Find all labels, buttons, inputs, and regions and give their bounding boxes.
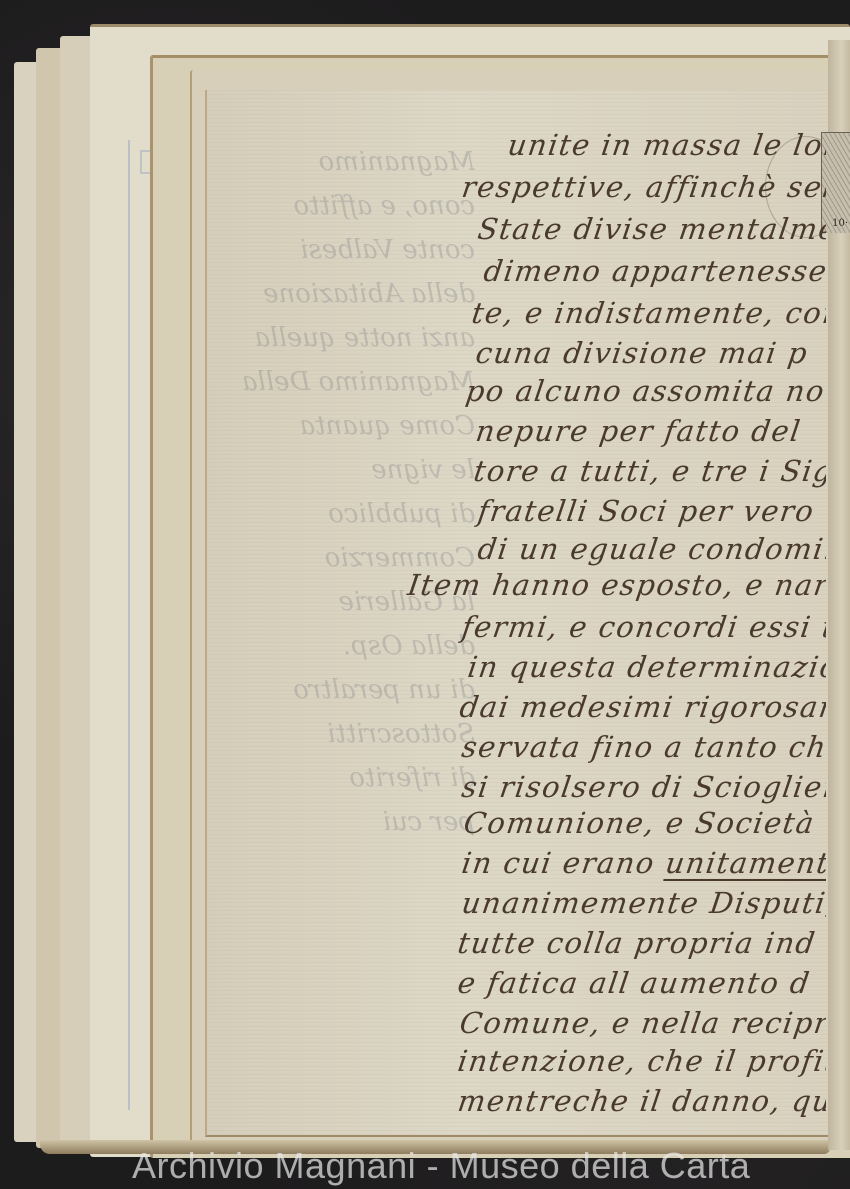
handwritten-text-block: unite in massa le loro respettive, affin… bbox=[0, 0, 826, 1189]
manuscript-line: mentreche il danno, qualunque bbox=[456, 1084, 826, 1118]
manuscript-line: unite in massa le loro bbox=[506, 128, 826, 162]
manuscript-line: nepure per fatto del bbox=[474, 414, 804, 448]
manuscript-line: respettive, affinchè sebbene bbox=[460, 170, 826, 204]
manuscript-line: si risolsero di Sciogliere bbox=[460, 770, 826, 804]
manuscript-line: te, e indistamente, come bbox=[470, 296, 826, 330]
underlined-word: unitamente bbox=[663, 846, 826, 880]
manuscript-line: Item hanno esposto, e narrato bbox=[406, 568, 826, 602]
manuscript-line: e fatica all aumento d bbox=[456, 966, 813, 1000]
manuscript-line: in questa determinazione bbox=[466, 650, 826, 684]
manuscript-line: in cui erano unitamente bbox=[460, 846, 826, 880]
manuscript-line: fratelli Soci per vero bbox=[476, 494, 817, 528]
manuscript-line: tutte colla propria ind bbox=[456, 926, 819, 960]
manuscript-line: intenzione, che il profitto bbox=[456, 1044, 826, 1078]
manuscript-line: dimeno appartenessero eg bbox=[482, 254, 826, 288]
stamp-number: 10· bbox=[832, 218, 848, 229]
manuscript-line: cuna divisione mai p bbox=[474, 336, 811, 370]
manuscript-line: Comunione, e Società un bbox=[462, 806, 826, 840]
manuscript-line: fermi, e concordi essi tre bbox=[460, 610, 826, 644]
manuscript-line: unanimemente Disputi, conta bbox=[460, 886, 826, 920]
line-text: in cui erano bbox=[460, 846, 669, 880]
manuscript-line: dai medesimi rigorosamente bbox=[458, 690, 826, 724]
manuscript-line: di un eguale condominio bbox=[476, 532, 826, 566]
manuscript-line: po alcuno assomita non bbox=[464, 374, 826, 408]
manuscript-line: servata fino a tanto che bbox=[460, 730, 826, 764]
manuscript-line: tore a tutti, e tre i Sig bbox=[472, 454, 826, 488]
archive-watermark: Archivio Magnani - Museo della Carta bbox=[132, 1145, 750, 1187]
manuscript-line: State divise mentalmente bbox=[476, 212, 826, 246]
manuscript-line: Comune, e nella reciproca bbox=[458, 1006, 826, 1040]
